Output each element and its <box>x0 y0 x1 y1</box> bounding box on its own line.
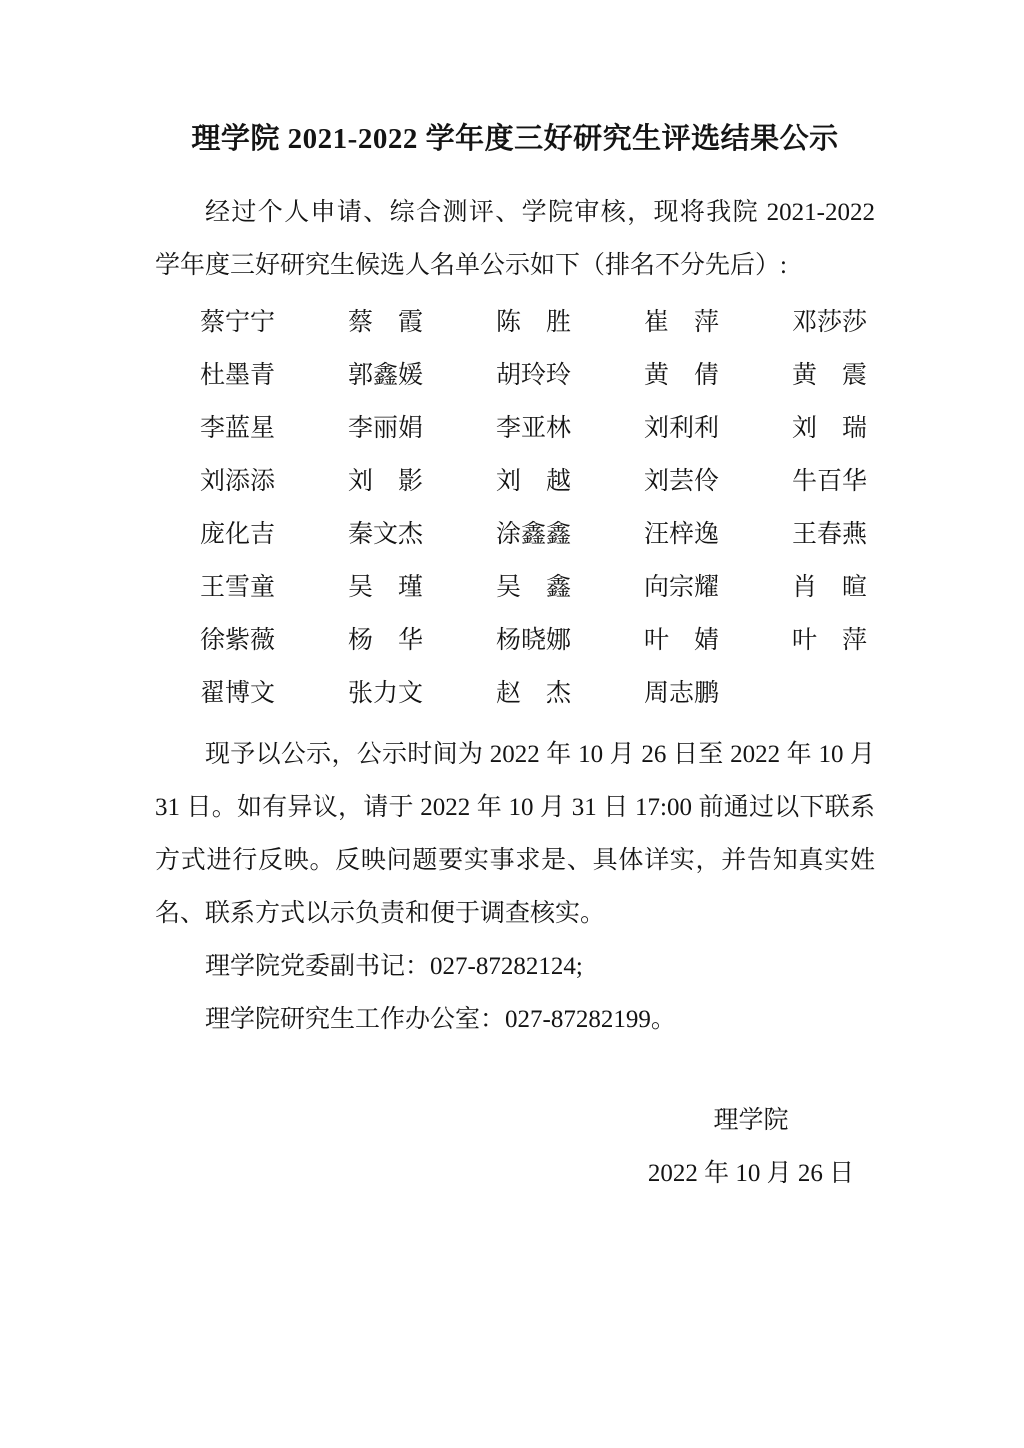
student-name: 李亚林 <box>496 402 644 455</box>
student-name: 汪梓逸 <box>644 508 792 561</box>
intro-paragraph: 经过个人申请、综合测评、学院审核，现将我院 2021-2022 学年度三好研究生… <box>155 186 875 292</box>
student-name: 向宗耀 <box>644 561 792 614</box>
student-name: 叶 萍 <box>792 614 940 667</box>
student-name: 胡玲玲 <box>496 349 644 402</box>
student-name: 刘 越 <box>496 455 644 508</box>
names-grid: 蔡宁宁蔡 霞陈 胜崔 萍邓莎莎杜墨青郭鑫媛胡玲玲黄 倩黄 震李蓝星李丽娟李亚林刘… <box>155 296 875 720</box>
student-name: 秦文杰 <box>348 508 496 561</box>
student-name: 刘 影 <box>348 455 496 508</box>
document-page: 理学院 2021-2022 学年度三好研究生评选结果公示 经过个人申请、综合测评… <box>0 0 1024 1448</box>
student-name: 王雪童 <box>200 561 348 614</box>
student-name: 叶 婧 <box>644 614 792 667</box>
student-name: 刘添添 <box>200 455 348 508</box>
student-name: 蔡宁宁 <box>200 296 348 349</box>
signature-date: 2022 年 10 月 26 日 <box>635 1147 867 1200</box>
student-name: 崔 萍 <box>644 296 792 349</box>
student-name: 翟博文 <box>200 667 348 720</box>
student-name: 黄 倩 <box>644 349 792 402</box>
contact-line-graduate-office: 理学院研究生工作办公室：027-87282199。 <box>155 993 875 1046</box>
signature-block: 理学院 2022 年 10 月 26 日 <box>635 1094 867 1200</box>
student-name: 杜墨青 <box>200 349 348 402</box>
contact-line-party-secretary: 理学院党委副书记：027-87282124; <box>155 940 875 993</box>
student-name: 蔡 霞 <box>348 296 496 349</box>
student-name: 牛百华 <box>792 455 940 508</box>
student-name: 郭鑫媛 <box>348 349 496 402</box>
student-name: 吴 鑫 <box>496 561 644 614</box>
student-name: 邓莎莎 <box>792 296 940 349</box>
student-name: 刘芸伶 <box>644 455 792 508</box>
document-title: 理学院 2021-2022 学年度三好研究生评选结果公示 <box>155 120 875 158</box>
student-name: 李蓝星 <box>200 402 348 455</box>
student-name: 周志鹏 <box>644 667 792 720</box>
student-name: 刘 瑞 <box>792 402 940 455</box>
student-name: 吴 瑾 <box>348 561 496 614</box>
student-name: 杨 华 <box>348 614 496 667</box>
signature-org: 理学院 <box>635 1094 867 1147</box>
student-name: 李丽娟 <box>348 402 496 455</box>
student-name: 庞化吉 <box>200 508 348 561</box>
student-name: 刘利利 <box>644 402 792 455</box>
student-name: 陈 胜 <box>496 296 644 349</box>
student-name: 王春燕 <box>792 508 940 561</box>
student-name: 杨晓娜 <box>496 614 644 667</box>
student-name: 肖 暄 <box>792 561 940 614</box>
student-name: 黄 震 <box>792 349 940 402</box>
student-name: 赵 杰 <box>496 667 644 720</box>
student-name: 涂鑫鑫 <box>496 508 644 561</box>
notice-paragraph: 现予以公示，公示时间为 2022 年 10 月 26 日至 2022 年 10 … <box>155 728 875 940</box>
student-name: 张力文 <box>348 667 496 720</box>
student-name: 徐紫薇 <box>200 614 348 667</box>
